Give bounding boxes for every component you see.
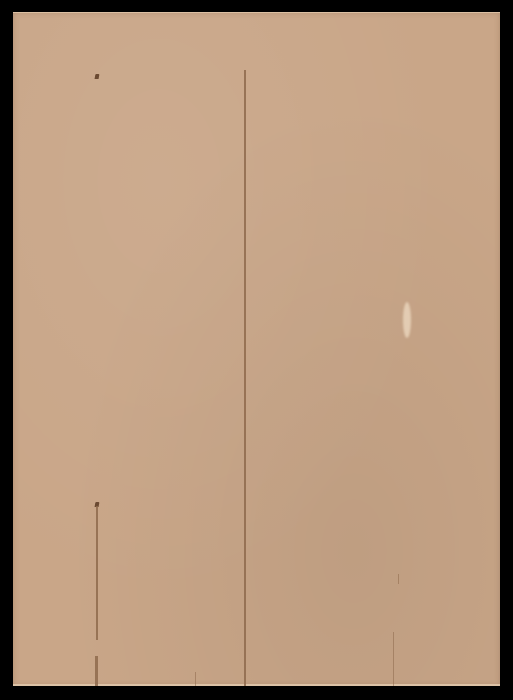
left-vertical-rule [96,506,98,640]
left-vertical-rule-bottom [95,656,98,686]
center-vertical-rule [244,70,246,686]
right-faint-tick [398,574,399,584]
paper-top-edge [13,12,500,13]
paper-smudge [403,302,411,338]
paper-bottom-edge [13,684,500,686]
right-bottom-rule [393,632,394,686]
paper-sheet [13,12,500,686]
top-left-ink-mark [95,74,100,79]
bottom-tick-1 [195,672,196,686]
